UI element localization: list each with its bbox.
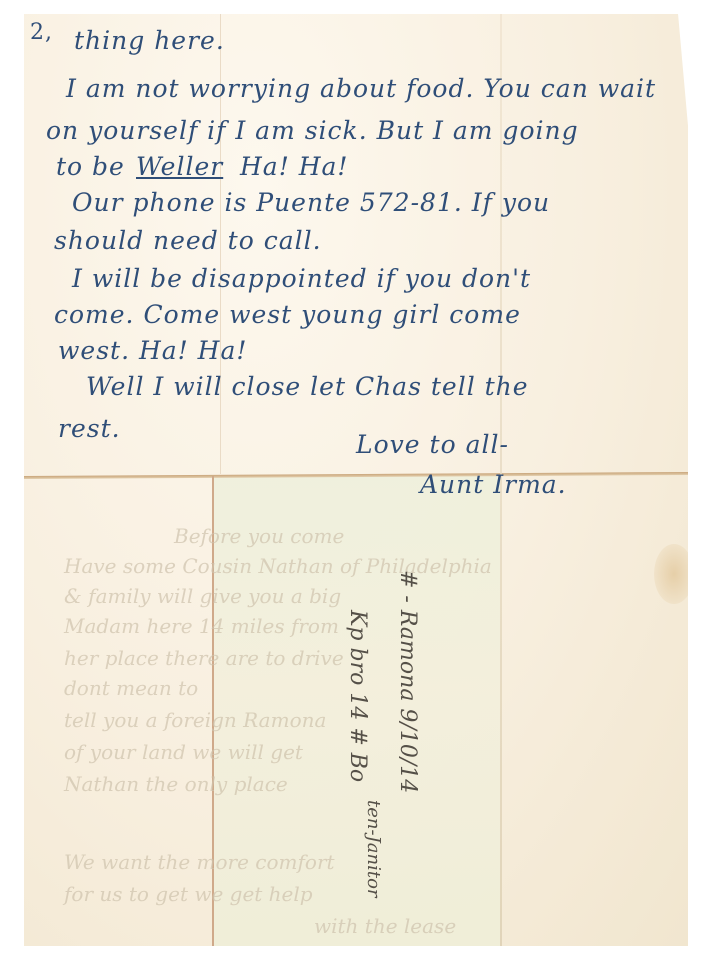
bleed-line: of your land we will get <box>64 740 303 764</box>
page-number: 2, <box>30 20 53 45</box>
pencil-note: ten-Janitor <box>363 800 384 898</box>
signature: Aunt Irma. <box>420 470 567 499</box>
letter-line: Well I will close let Chas tell the <box>86 372 529 401</box>
bleed-line: Have some Cousin Nathan of Philadelphia <box>64 554 492 578</box>
letter-line: rest. <box>58 414 121 443</box>
bleed-line: Before you come <box>174 524 344 548</box>
closing: Love to all- <box>356 430 509 459</box>
letter-line: I am not worrying about food. You can wa… <box>66 74 656 103</box>
bleed-line: Nathan the only place <box>64 772 288 796</box>
bleed-line: We want the more comfort <box>64 850 335 874</box>
letter-line: west. Ha! Ha! <box>58 336 247 365</box>
letter-line: thing here. <box>74 26 225 55</box>
bleed-line: dont mean to <box>64 676 198 700</box>
letter-line: to be <box>56 152 125 181</box>
bleed-line: & family will give you a big <box>64 584 341 608</box>
letter-line: come. Come west young girl come <box>54 300 521 329</box>
letter-line: on yourself if I am sick. But I am going <box>46 116 579 145</box>
underlined-word: Weller <box>136 152 223 181</box>
letter-line: should need to call. <box>54 226 322 255</box>
bleed-line: with the lease <box>314 914 456 938</box>
bleed-line: Madam here 14 miles from <box>64 614 339 638</box>
paper-stain <box>654 544 694 604</box>
pencil-note: Kp bro 14 # Bo <box>345 610 370 782</box>
letter-line-underlined: Weller <box>136 152 223 181</box>
pencil-note: # - Ramona 9/10/14 <box>395 570 420 793</box>
letter-line: I will be disappointed if you don't <box>72 264 531 293</box>
bleed-line: her place there are to drive <box>64 646 344 670</box>
letter-line: Our phone is Puente 572-81. If you <box>72 188 550 217</box>
bleed-line: tell you a foreign Ramona <box>64 708 326 732</box>
letter-line: Ha! Ha! <box>240 152 348 181</box>
bleed-line: for us to get we get help <box>64 882 313 906</box>
